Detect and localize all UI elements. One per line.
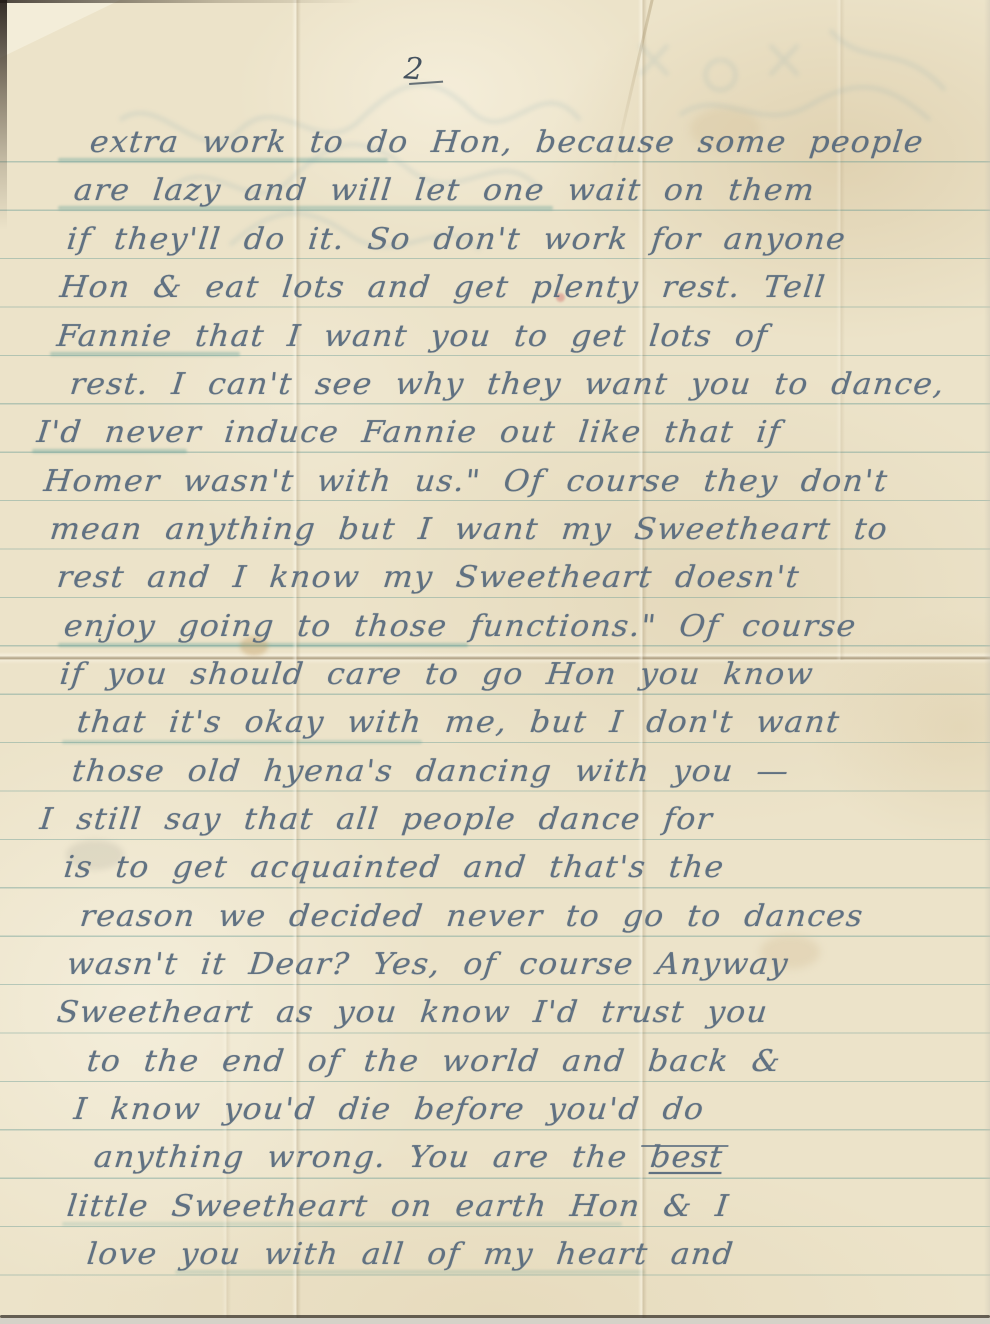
handwritten-line: Homer wasn't with us." Of course they do… (42, 463, 890, 501)
vertical-fold-crease (836, 0, 845, 660)
handwritten-line: I know you'd die before you'd do (72, 1091, 706, 1129)
corner-fold (0, 0, 120, 58)
handwritten-line: those old hyena's dancing with you — (70, 753, 791, 791)
handwritten-line: if you should care to go Hon you know (58, 656, 816, 694)
handwritten-line: rest and I know my Sweetheart doesn't (55, 559, 802, 597)
scan-edge-bottom-margin (0, 1318, 990, 1324)
handwritten-line: extra work to do Hon, because some peopl… (88, 124, 926, 162)
handwritten-line: anything wrong. You are the best (92, 1139, 725, 1177)
handwritten-line: that it's okay with me, but I don't want (75, 704, 842, 742)
handwritten-line: wasn't it Dear? Yes, of course Anyway (65, 946, 790, 984)
handwritten-line: if they'll do it. So don't work for anyo… (65, 221, 848, 259)
handwritten-line: enjoy going to those functions." Of cour… (62, 608, 859, 646)
handwritten-line: is to get acquainted and that's the (62, 849, 726, 887)
handwritten-line: Fannie that I want you to get lots of (55, 318, 770, 356)
handwritten-line: little Sweetheart on earth Hon & I (65, 1188, 731, 1226)
scan-edge-right (984, 0, 990, 1324)
underlined-word: best (648, 1140, 724, 1175)
handwritten-line: mean anything but I want my Sweetheart t… (48, 511, 890, 549)
scan-edge-top (0, 0, 360, 3)
handwritten-line: to the end of the world and back & (85, 1043, 783, 1081)
handwritten-line: Hon & eat lots and get plenty rest. Tell (58, 269, 828, 307)
handwritten-line: are lazy and will let one wait on them (72, 172, 817, 210)
line-text: anything wrong. You are the (92, 1140, 652, 1175)
handwritten-line: reason we decided never to go to dances (78, 898, 866, 936)
handwritten-line: love you with all of my heart and (85, 1236, 736, 1274)
handwritten-line: Sweetheart as you know I'd trust you (55, 994, 770, 1032)
page-number: 2 (403, 51, 426, 87)
letter-scan-page: 2 extra work to do Hon, because some peo… (0, 0, 990, 1324)
scan-edge-left (0, 0, 7, 230)
handwritten-line: I still say that all people dance for (38, 801, 715, 839)
handwritten-line: I'd never induce Fannie out like that if (35, 414, 783, 452)
handwritten-line: rest. I can't see why they want you to d… (68, 366, 947, 404)
